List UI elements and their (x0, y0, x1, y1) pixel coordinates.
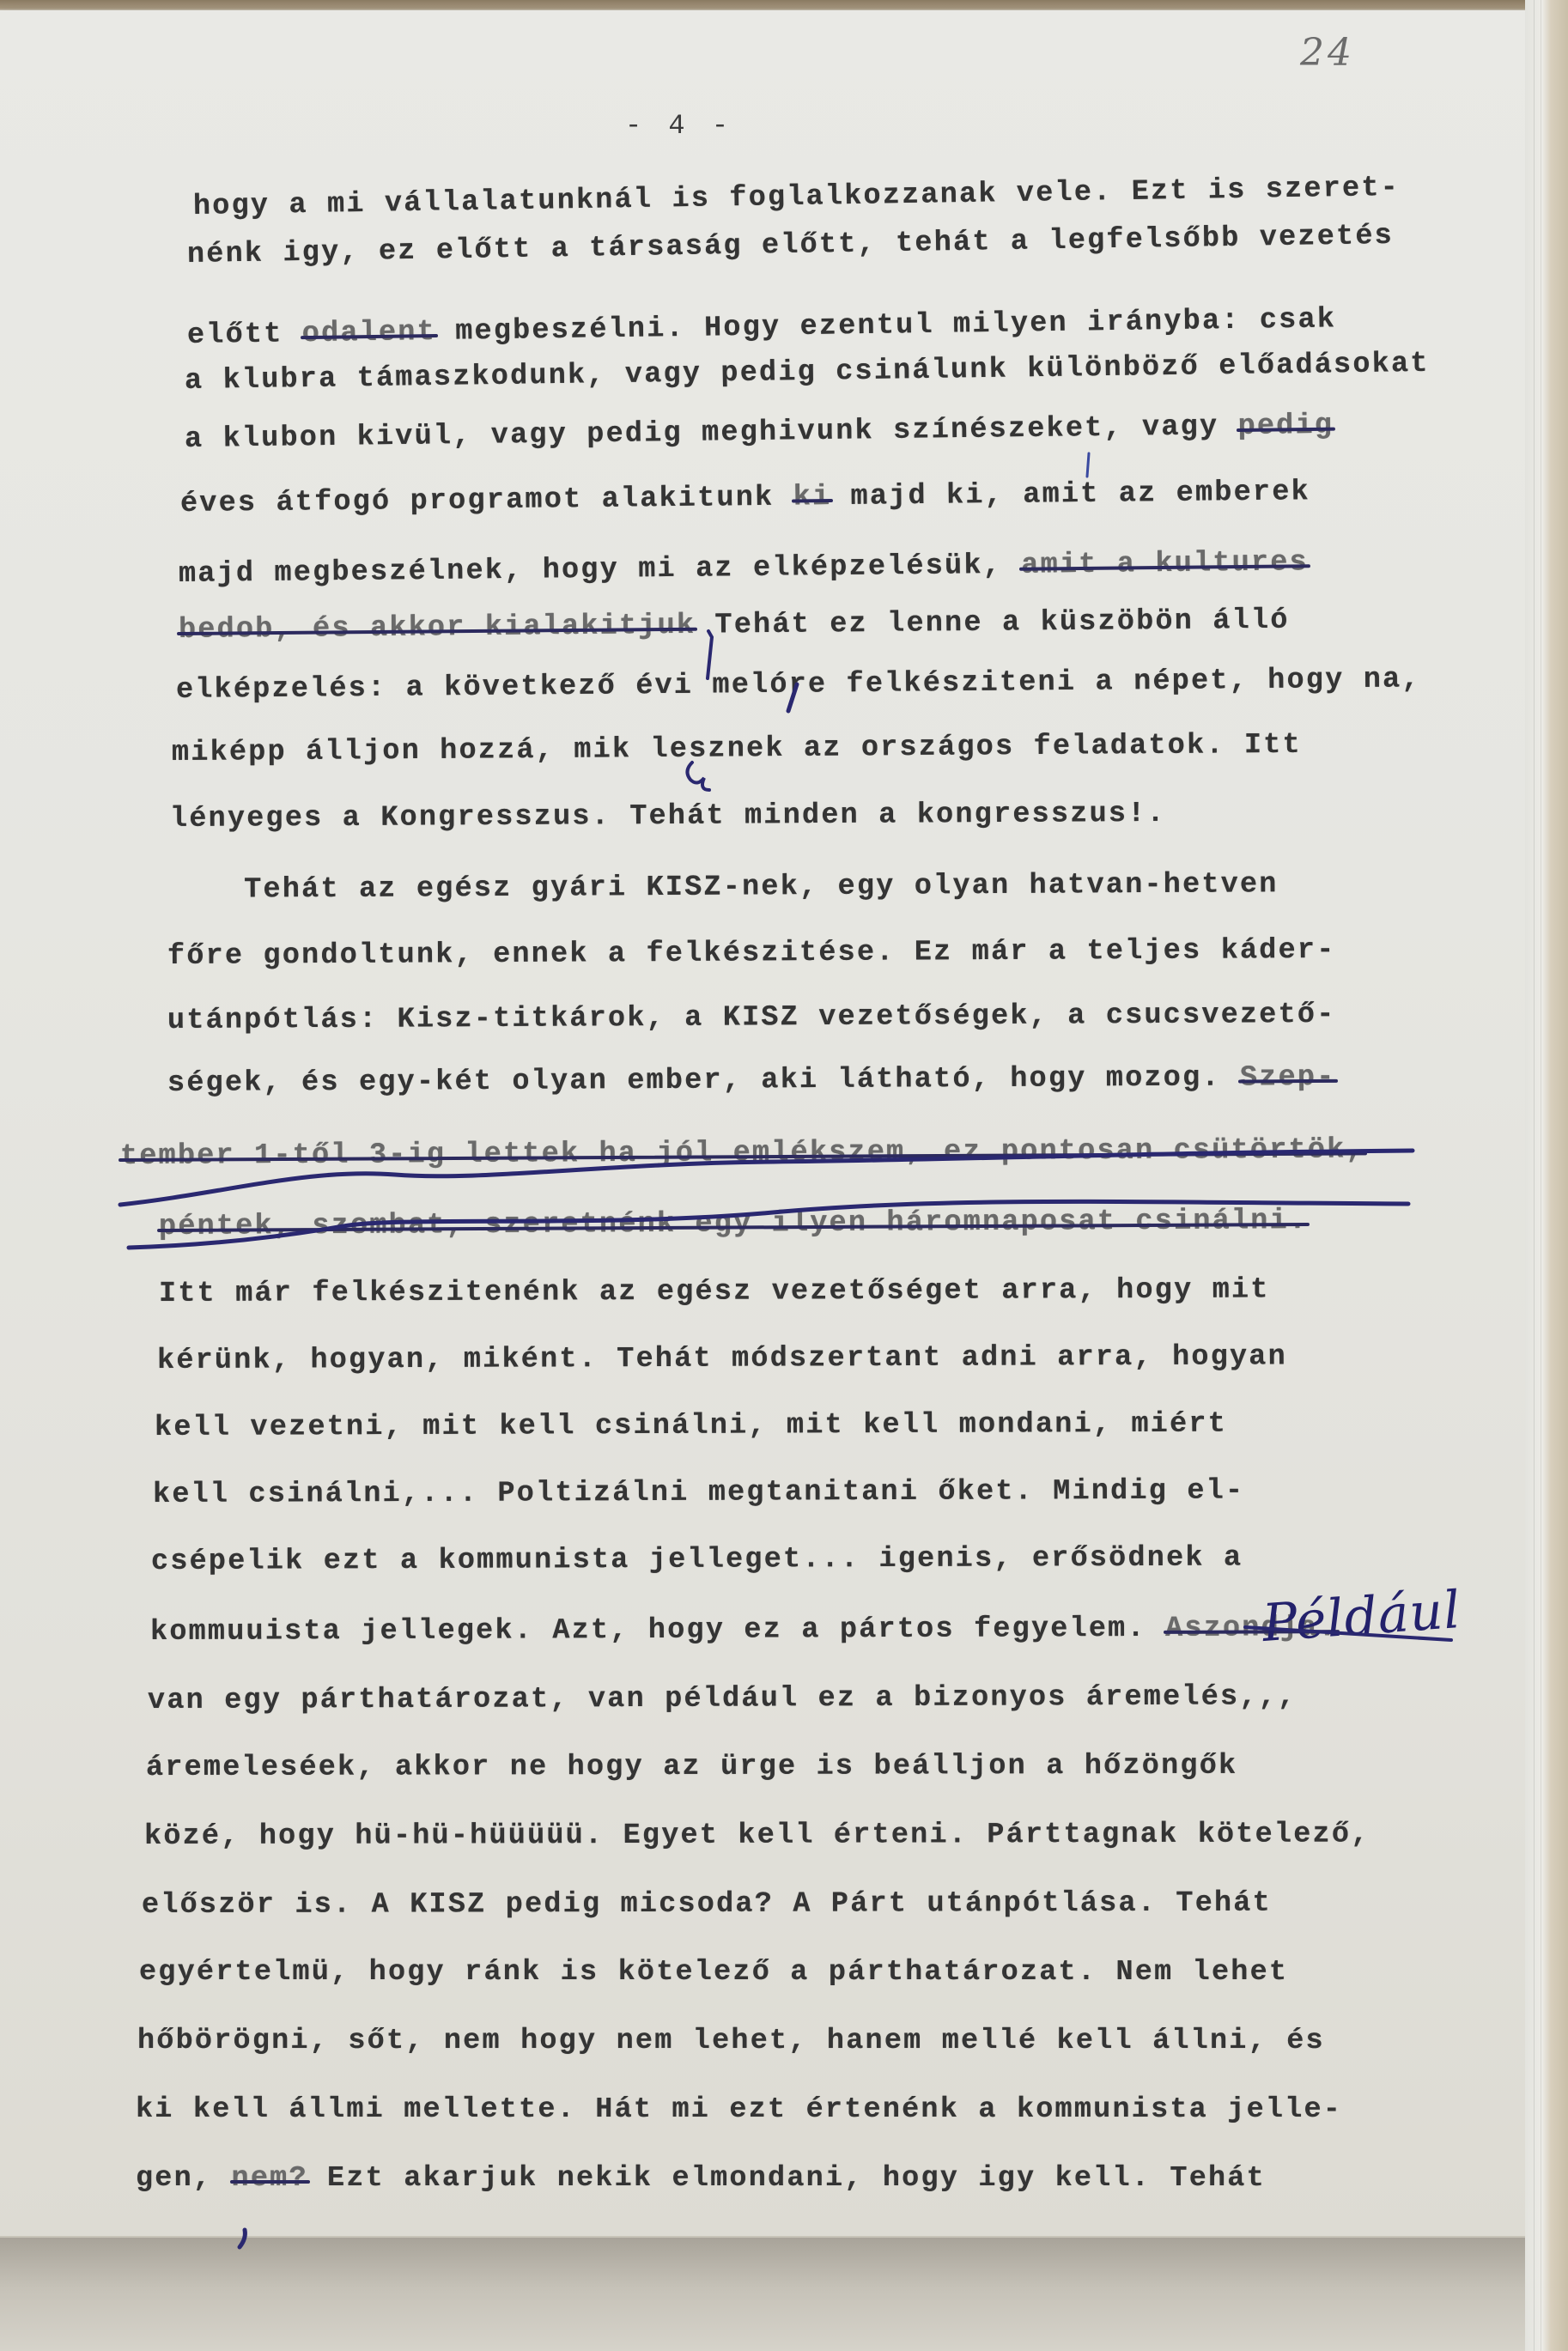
line-text: Itt már felkészitenénk az egész vezetősé… (159, 1273, 1270, 1310)
text-line: utánpótlás: Kisz-titkárok, a KISZ vezető… (167, 999, 1336, 1037)
text-line: kommuuista jellegek. Azt, hogy ez a párt… (150, 1612, 1338, 1649)
text-line: ki kell állmi mellette. Hát mi ezt érten… (136, 2093, 1342, 2126)
line-text: kérünk, hogyan, miként. Tehát módszertan… (157, 1340, 1287, 1377)
text-line: lényeges a Kongresszus. Tehát minden a k… (170, 798, 1166, 835)
line-text: majd ki, amit az emberek (831, 476, 1310, 513)
line-text: kommuuista jellegek. Azt, hogy ez a párt… (150, 1613, 1165, 1649)
struck-text: ki (793, 481, 831, 513)
page-stack-edge (1525, 0, 1568, 2351)
text-line: van egy párthatározat, van például ez a … (148, 1680, 1297, 1717)
text-line: először is. A KISZ pedig micsoda? A Párt… (142, 1887, 1272, 1922)
text-line: főre gondoltunk, ennek a felkészitése. E… (167, 934, 1336, 973)
text-line: gen, nem? Ezt akarjuk nekik elmondani, h… (136, 2162, 1266, 2195)
page-number: - 4 - (625, 110, 733, 142)
line-text: ki kell állmi mellette. Hát mi ezt érten… (136, 2093, 1342, 2126)
line-text: lényeges a Kongresszus. Tehát minden a k… (170, 798, 1166, 835)
line-text: Ezt akarjuk nekik elmondani, hogy igy ke… (308, 2162, 1266, 2195)
text-line: ségek, és egy-két olyan ember, aki látha… (167, 1061, 1336, 1100)
struck-text: odalent (302, 316, 437, 350)
text-line: hőbörögni, sőt, nem hogy nem lehet, hane… (137, 2025, 1325, 2057)
line-text: áremeleséek, akkor ne hogy az ürge is be… (146, 1750, 1237, 1784)
line-text: ségek, és egy-két olyan ember, aki látha… (167, 1061, 1240, 1100)
text-line: Tehát az egész gyári KISZ-nek, egy olyan… (167, 868, 1279, 907)
text-line: csépelik ezt a kommunista jelleget... ig… (151, 1542, 1243, 1578)
page-edge-line (1541, 0, 1541, 2351)
line-text: közé, hogy hü-hü-hüüüüü. Egyet kell érte… (144, 1819, 1370, 1853)
struck-text: Szep- (1240, 1061, 1336, 1095)
line-text: kell csinálni,... Poltizálni megtanitani… (153, 1475, 1244, 1511)
underlying-page (0, 2238, 1534, 2351)
line-text: csépelik ezt a kommunista jelleget... ig… (151, 1542, 1243, 1578)
line-text: van egy párthatározat, van például ez a … (148, 1680, 1297, 1717)
text-line: kell csinálni,... Poltizálni megtanitani… (153, 1475, 1244, 1511)
line-text: Tehát ez lenne a küszöbön álló (696, 604, 1290, 642)
text-line: péntek, szombat, szeretnénk egy ilyen há… (159, 1205, 1308, 1243)
line-text: éves átfogó programot alakitunk (180, 482, 793, 520)
struck-text: pedig (1237, 410, 1334, 443)
text-line: kell vezetni, mit kell csinálni, mit kel… (155, 1408, 1227, 1444)
archive-number: 24 (1300, 31, 1355, 75)
text-line: közé, hogy hü-hü-hüüüüü. Egyet kell érte… (144, 1819, 1370, 1853)
line-text: előtt (187, 318, 302, 352)
struck-text: nem? (232, 2162, 308, 2195)
line-text: gen, (136, 2162, 232, 2195)
text-line: Itt már felkészitenénk az egész vezetősé… (159, 1273, 1270, 1310)
page-edge-line (1534, 0, 1535, 2351)
line-text: egyértelmü, hogy ránk is kötelező a párt… (139, 1956, 1288, 1989)
line-text: először is. A KISZ pedig micsoda? A Párt… (142, 1887, 1272, 1922)
line-text: Tehát az egész gyári KISZ-nek, egy olyan… (167, 868, 1279, 907)
text-line: tember 1-től 3-ig lettek ha jól emléksze… (120, 1133, 1365, 1173)
text-line: kérünk, hogyan, miként. Tehát módszertan… (157, 1340, 1287, 1377)
struck-text: bedob, és akkor kialakitjuk (179, 610, 696, 647)
struck-text: péntek, szombat, szeretnénk egy ilyen há… (159, 1205, 1308, 1243)
struck-text: amit a kultures (1021, 546, 1309, 582)
line-text: főre gondoltunk, ennek a felkészitése. E… (167, 934, 1336, 973)
text-line: áremeleséek, akkor ne hogy az ürge is be… (146, 1750, 1237, 1784)
line-text: utánpótlás: Kisz-titkárok, a KISZ vezető… (167, 999, 1336, 1037)
line-text: kell vezetni, mit kell csinálni, mit kel… (155, 1408, 1227, 1444)
text-line: egyértelmü, hogy ránk is kötelező a párt… (139, 1956, 1288, 1989)
line-text: hőbörögni, sőt, nem hogy nem lehet, hane… (137, 2025, 1325, 2057)
struck-text: tember 1-től 3-ig lettek ha jól emléksze… (120, 1133, 1365, 1173)
